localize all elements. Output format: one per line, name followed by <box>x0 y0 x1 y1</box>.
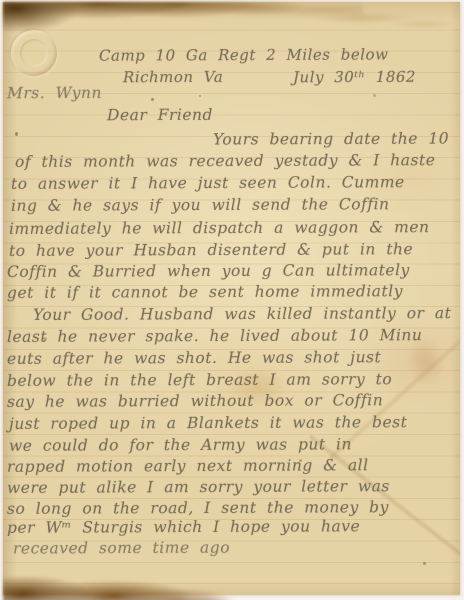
foxing-dot <box>373 94 376 97</box>
foxing-dot <box>151 98 154 101</box>
handwritten-line: rapped motion early next morning & all <box>7 456 369 476</box>
handwritten-line-heading: Camp 10 Ga Regt 2 Miles below <box>99 45 388 64</box>
handwritten-line: so long on the road, I sent the money by <box>7 498 389 518</box>
letter-photo: Camp 10 Ga Regt 2 Miles below Richmon Va… <box>0 0 464 600</box>
letter-paper: Camp 10 Ga Regt 2 Miles below Richmon Va… <box>3 2 460 595</box>
handwritten-line: euts after he was shot. He was shot just <box>7 348 381 368</box>
handwritten-line-salutation: Dear Friend <box>107 106 213 124</box>
stain <box>3 560 233 600</box>
handwritten-line: just roped up in a Blankets it was the b… <box>9 413 407 433</box>
handwritten-line: immediately he will dispatch a waggon & … <box>9 218 430 238</box>
handwritten-line: below the in the left breast I am sorry … <box>7 370 392 390</box>
handwritten-line: were put alike I am sorry your letter wa… <box>7 477 390 497</box>
handwritten-line: least he never spake. he lived about 10 … <box>7 326 422 346</box>
handwritten-line: say he was burried without box or Coffin <box>7 391 383 411</box>
handwritten-line: receaved some time ago <box>13 539 230 558</box>
handwritten-line: Coffin & Burried when you g Can ultimate… <box>7 261 410 281</box>
foxing-dot <box>199 95 201 97</box>
handwritten-line-date: July 30ᵗʰ 1862 <box>293 68 416 87</box>
handwritten-line: Your Good. Husband was killed instantly … <box>33 304 451 324</box>
stain <box>303 8 453 34</box>
handwritten-line-addressee: Mrs. Wynn <box>7 84 102 102</box>
handwritten-line-place: Richmon Va <box>123 68 223 86</box>
handwritten-line: Yours bearing date the 10 <box>213 129 449 148</box>
handwritten-line: get it if it cannot be sent home immedia… <box>7 282 403 302</box>
embossed-seal-inner <box>20 39 48 67</box>
handwritten-line: per Wᵐ Sturgis which I hope you have <box>7 517 360 537</box>
handwritten-line: ing & he says if you will send the Coffi… <box>11 195 390 215</box>
handwritten-line: we could do for the Army was put in <box>9 435 352 454</box>
handwritten-line: to answer it I have just seen Coln. Cumm… <box>11 173 405 193</box>
handwritten-line: to have your Husban disenterd & put in t… <box>9 240 413 260</box>
foxing-dot <box>15 132 18 136</box>
handwritten-line: of this month was receaved yestady & I h… <box>15 151 435 171</box>
foxing-dot <box>423 562 426 565</box>
